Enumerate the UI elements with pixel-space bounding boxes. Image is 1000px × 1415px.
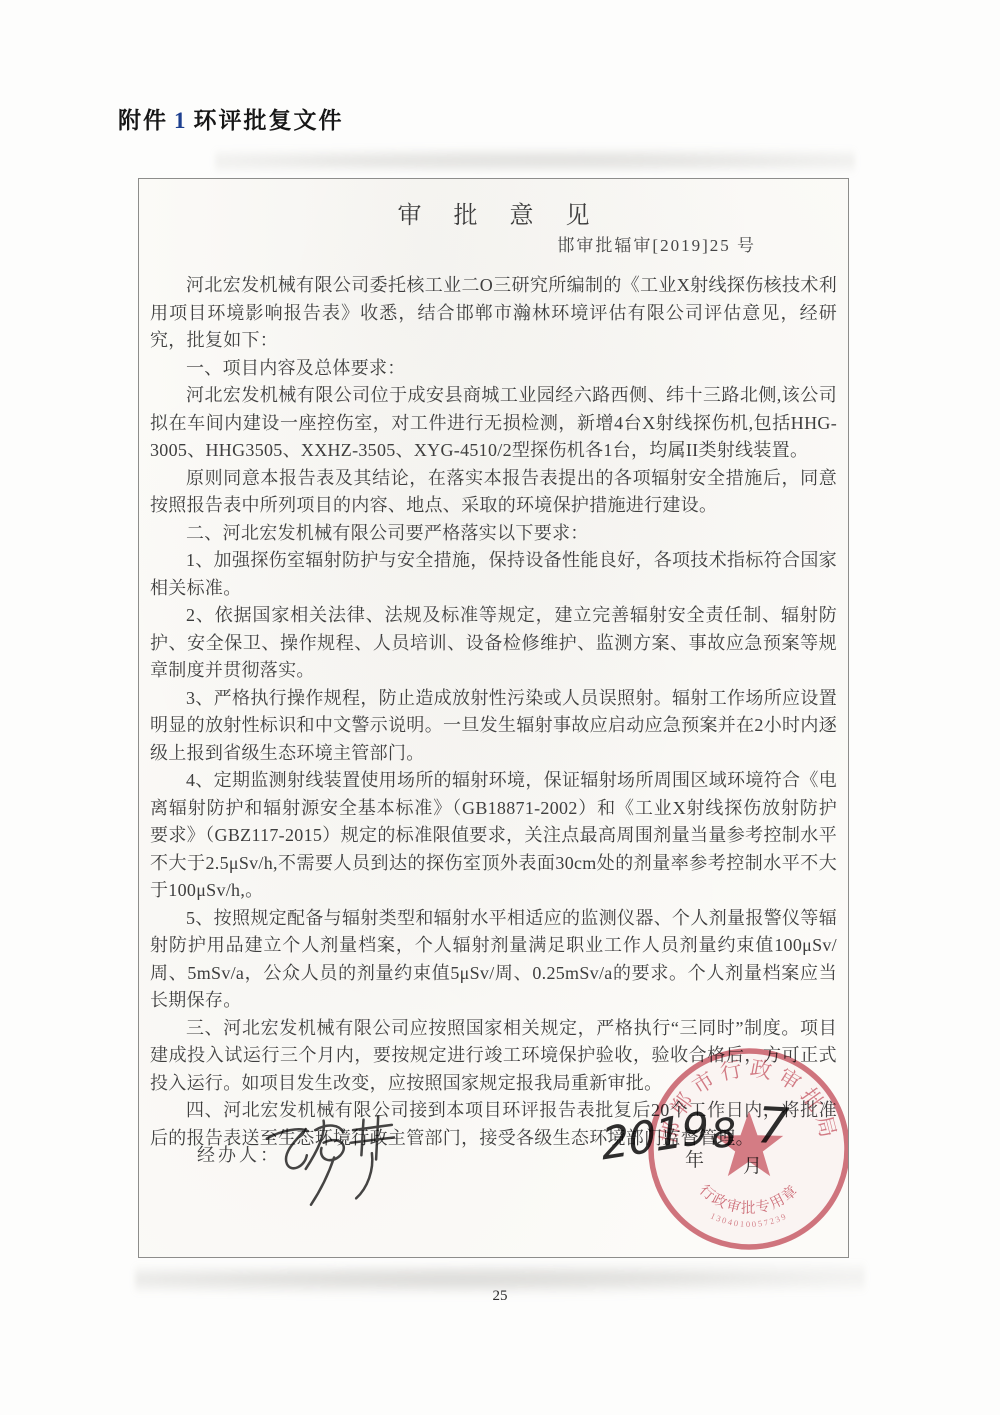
handwritten-day: 7 [756, 1096, 791, 1156]
page-number: 25 [0, 1288, 1000, 1305]
paragraph-req-3: 3、严格执行操作规程，防止造成放射性污染或人员误照射。辐射工作场所应设置明显的放… [150, 685, 837, 768]
paragraph-req-4: 4、定期监测射线装置使用场所的辐射环境，保证辐射场所周围区域环境符合《电离辐射防… [150, 767, 837, 905]
document-title: 审批意见 [139, 195, 848, 230]
approval-document-sheet: 审批意见 邯审批辐审[2019]25 号 河北宏发机械有限公司委托核工业二O三研… [138, 178, 849, 1258]
year-unit-label: 年 [685, 1145, 704, 1172]
month-unit-label: 月 [743, 1151, 762, 1178]
document-number: 邯审批辐审[2019]25 号 [557, 231, 756, 256]
attachment-label: 附件 [118, 108, 168, 133]
paragraph-project: 河北宏发机械有限公司位于成安县商城工业园经六路西侧、纬十三路北侧,该公司拟在车间… [150, 382, 837, 465]
paragraph-agreement: 原则同意本报告表及其结论，在落实本报告表提出的各项辐射安全措施后，同意按照报告表… [150, 465, 837, 520]
attachment-title: 环评批复文件 [194, 108, 344, 133]
scanned-page: 附件1环评批复文件 审批意见 邯审批辐审[2019]25 号 河北宏发机械有限公… [0, 0, 1000, 1415]
scan-smudge-top [215, 146, 855, 174]
attachment-heading: 附件1环评批复文件 [118, 102, 344, 135]
paragraph-req-1: 1、加强探伤室辐射防护与安全措施，保持设备性能良好，各项技术指标符合国家相关标准… [150, 547, 837, 602]
paragraph-intro: 河北宏发机械有限公司委托核工业二O三研究所编制的《工业X射线探伤核技术利用项目环… [150, 272, 837, 355]
paragraph-req-5: 5、按照规定配备与辐射类型和辐射水平相适应的监测仪器、个人剂量报警仪等辐射防护用… [150, 905, 837, 1015]
paragraph-section1: 一、项目内容及总体要求： [150, 355, 837, 383]
attachment-number: 1 [168, 108, 194, 133]
signature-handwriting [257, 1107, 407, 1212]
document-body: 河北宏发机械有限公司委托核工业二O三研究所编制的《工业X射线探伤核技术利用项目环… [150, 272, 837, 1152]
handwritten-month: 8 [709, 1110, 738, 1158]
paragraph-req-2: 2、依据国家相关法律、法规及标准等规定，建立完善辐射安全责任制、辐射防护、安全保… [150, 602, 837, 685]
paragraph-section2: 二、河北宏发机械有限公司要严格落实以下要求： [150, 520, 837, 548]
